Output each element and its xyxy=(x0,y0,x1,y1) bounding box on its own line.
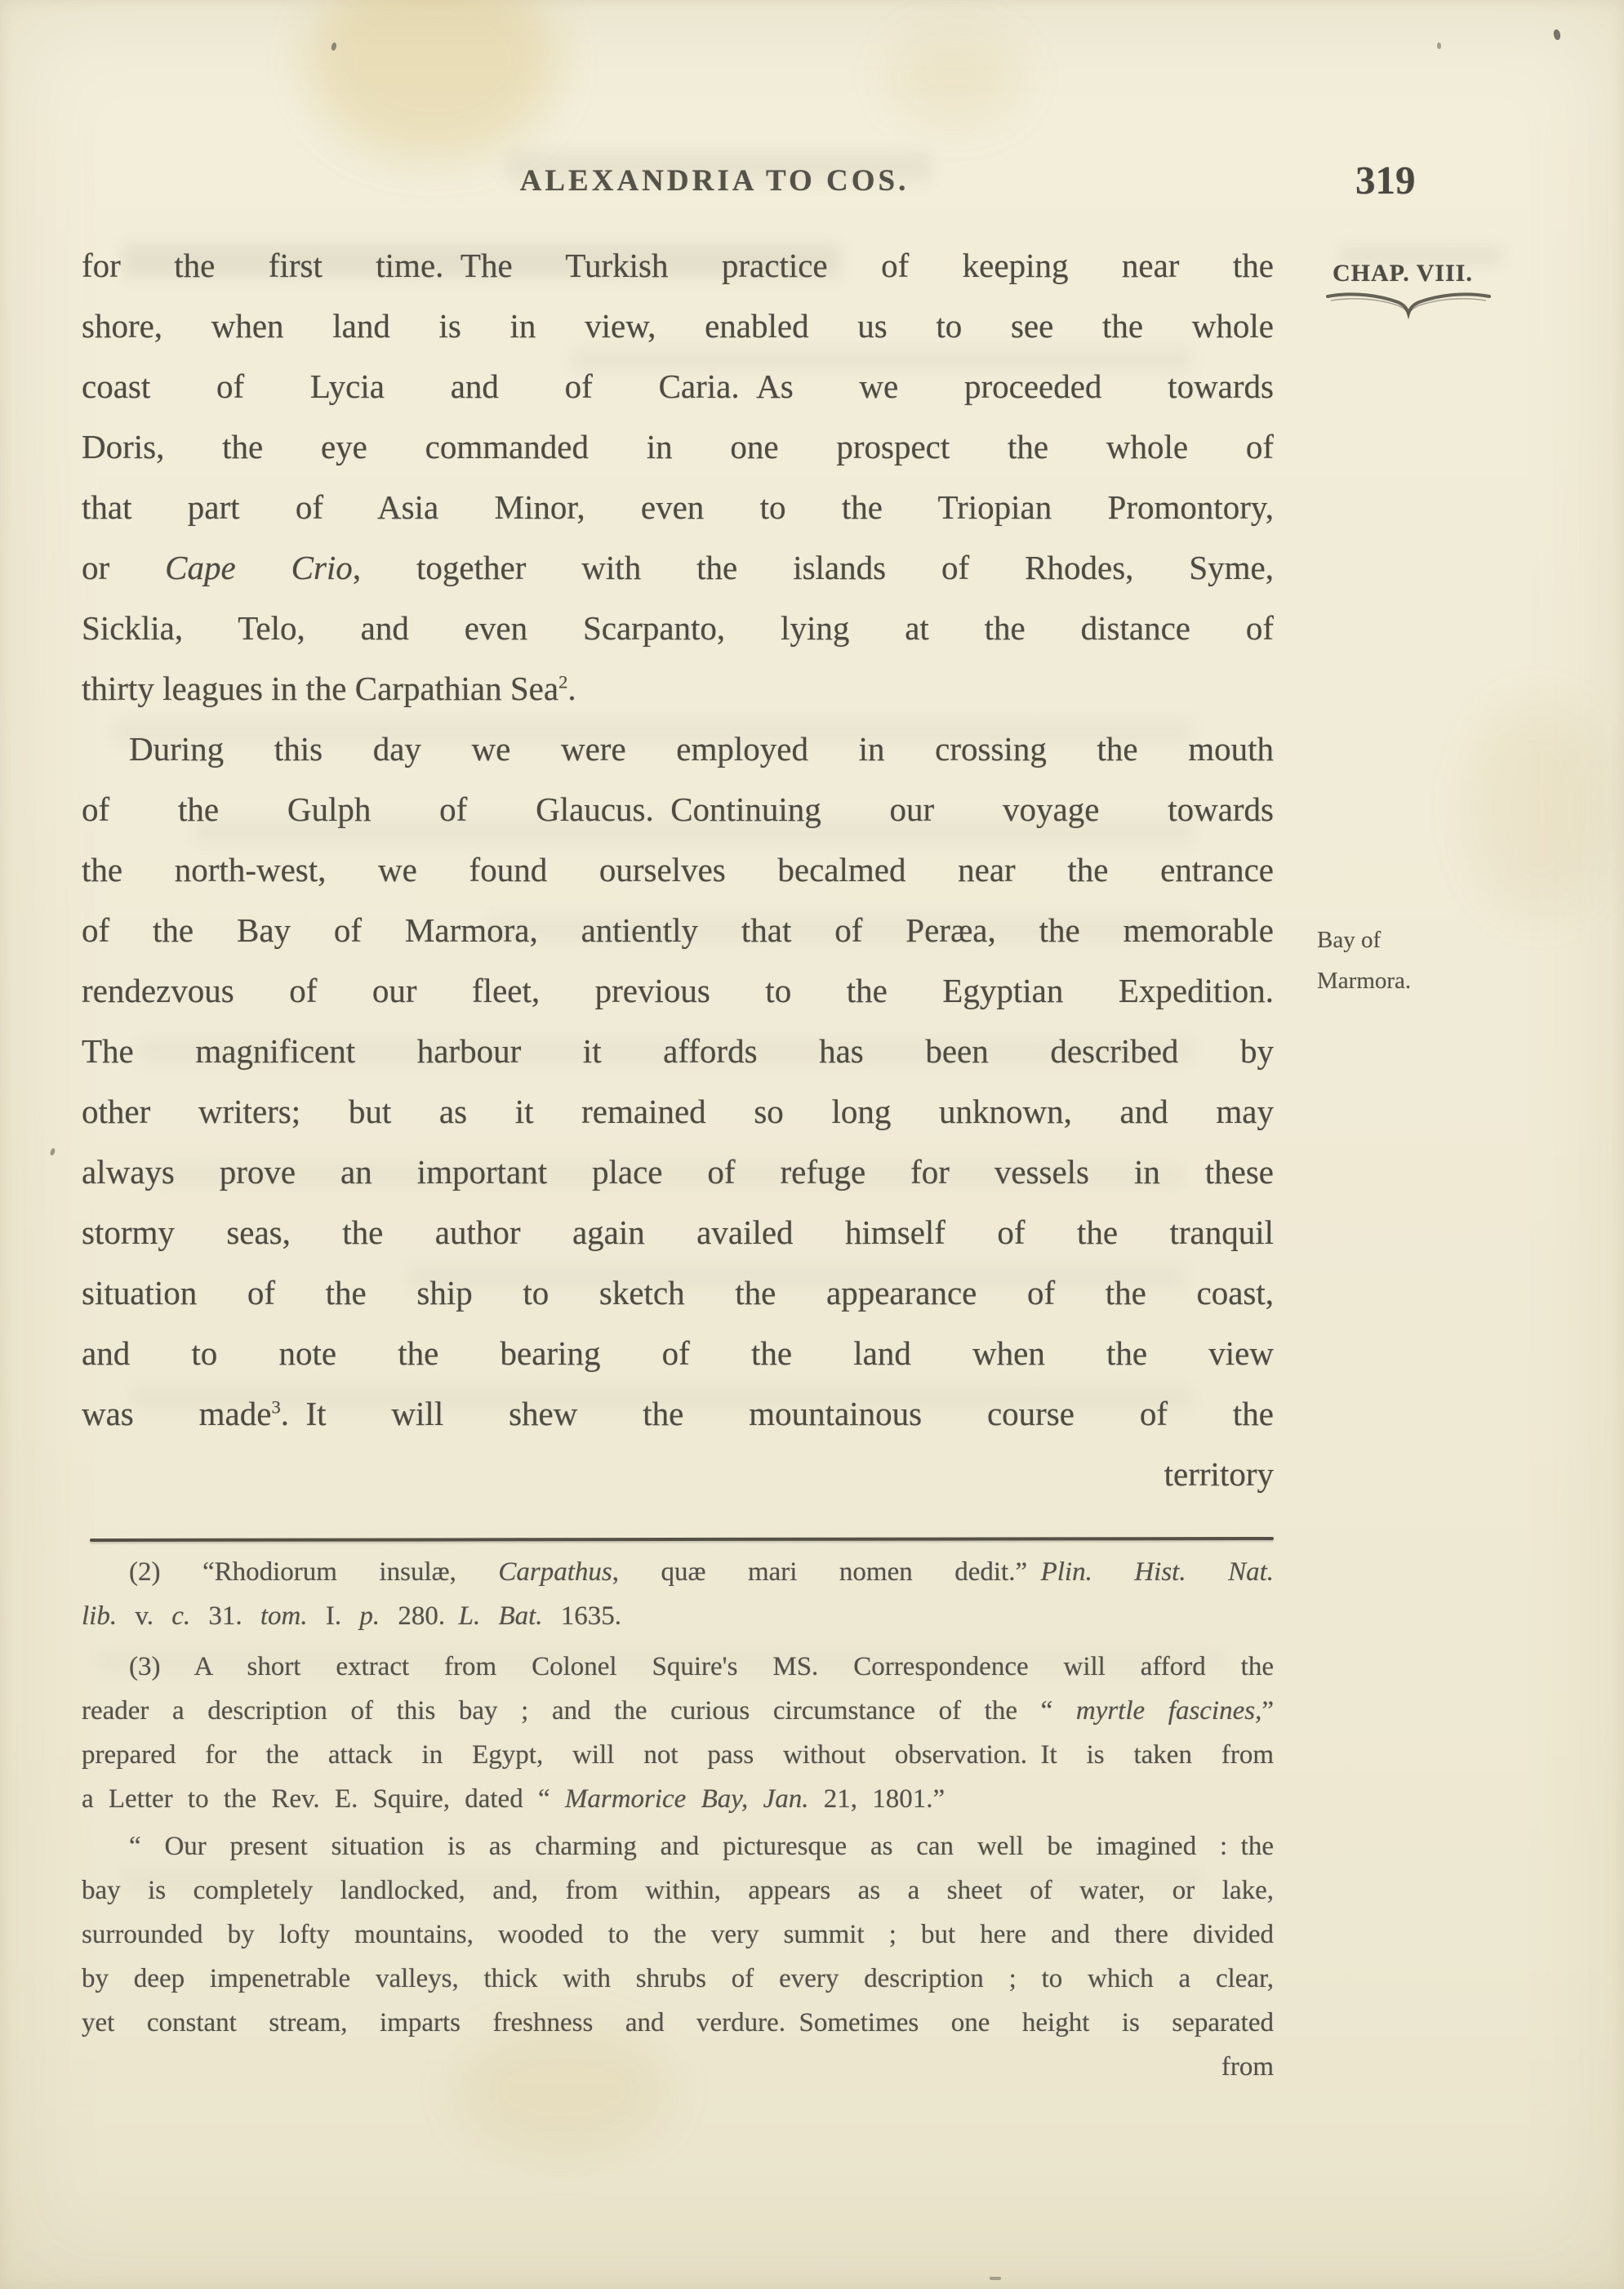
paper-stain xyxy=(310,0,555,155)
text-line: by deep impenetrable valleys, thick with… xyxy=(82,1957,1274,2001)
body-text: for the first time. The Turkish practice… xyxy=(82,235,1274,1504)
footnote-3: (3) A short extract from Colonel Squire'… xyxy=(82,1645,1274,1821)
topic-margin-note: Bay of Marmora. xyxy=(1317,920,1460,1001)
text-line: rendezvous of our fleet, previous to the… xyxy=(82,960,1274,1021)
text-line: (2) “Rhodiorum insulæ, Carpathus, quæ ma… xyxy=(82,1550,1274,1594)
text-line: a Letter to the Rev. E. Squire, dated “ … xyxy=(82,1777,1274,1821)
text-line: reader a description of this bay ; and t… xyxy=(82,1689,1274,1733)
scanned-page: ALEXANDRIA TO COS. 319 CHAP. VIII. Bay o… xyxy=(0,0,1624,2289)
text-line: thirty leagues in the Carpathian Sea2. xyxy=(82,658,1274,719)
text-line: was made3. It will shew the mountainous … xyxy=(82,1383,1274,1444)
underbrace-ornament-icon xyxy=(1323,289,1494,322)
paragraph: During this day we were employed in cros… xyxy=(82,719,1274,1444)
text-line: prepared for the attack in Egypt, will n… xyxy=(82,1733,1274,1777)
catchword: territory xyxy=(82,1444,1274,1504)
text-line: stormy seas, the author again availed hi… xyxy=(82,1202,1274,1263)
text-line: lib. v. c. 31. tom. I. p. 280. L. Bat. 1… xyxy=(82,1594,1274,1638)
chapter-margin-note: CHAP. VIII. xyxy=(1333,260,1473,287)
text-line: (3) A short extract from Colonel Squire'… xyxy=(82,1645,1274,1689)
footnote-rule xyxy=(90,1537,1274,1542)
text-line: of the Gulph of Glaucus. Continuing our … xyxy=(82,779,1274,839)
text-line: other writers; but as it remained so lon… xyxy=(82,1081,1274,1142)
text-line: and to note the bearing of the land when… xyxy=(82,1323,1274,1383)
paper-speck xyxy=(1553,29,1561,41)
text-line: shore, when land is in view, enabled us … xyxy=(82,296,1274,356)
text-line: The magnificent harbour it affords has b… xyxy=(82,1021,1274,1081)
footnote-quote-extract: “ Our present situation is as charming a… xyxy=(82,1824,1274,2045)
text-line: “ Our present situation is as charming a… xyxy=(82,1824,1274,1868)
paper-stain xyxy=(890,33,1021,122)
paragraph: for the first time. The Turkish practice… xyxy=(82,235,1274,719)
text-line: always prove an important place of refug… xyxy=(82,1142,1274,1202)
text-line: bay is completely landlocked, and, from … xyxy=(82,1868,1274,1913)
running-header: ALEXANDRIA TO COS. xyxy=(82,163,1274,198)
text-line: yet constant stream, imparts freshness a… xyxy=(82,2001,1274,2045)
footnotes: (2) “Rhodiorum insulæ, Carpathus, quæ ma… xyxy=(82,1550,1274,2089)
paper-speck xyxy=(331,42,337,51)
paper-speck xyxy=(1437,42,1441,49)
text-line: surrounded by lofty mountains, wooded to… xyxy=(82,1913,1274,1957)
text-line: of the Bay of Marmora, antiently that of… xyxy=(82,900,1274,960)
paper-speck xyxy=(50,1147,56,1156)
footnote-2: (2) “Rhodiorum insulæ, Carpathus, quæ ma… xyxy=(82,1550,1274,1638)
text-line: During this day we were employed in cros… xyxy=(82,719,1274,779)
text-line: Doris, the eye commanded in one prospect… xyxy=(82,416,1274,477)
catchword: from xyxy=(82,2045,1274,2089)
paper-speck xyxy=(990,2277,1001,2280)
text-line: or Cape Crio, together with the islands … xyxy=(82,537,1274,598)
text-line: the north-west, we found ourselves becal… xyxy=(82,839,1274,900)
paper-stain xyxy=(1470,702,1608,915)
text-line: coast of Lycia and of Caria. As we proce… xyxy=(82,356,1274,416)
text-line: for the first time. The Turkish practice… xyxy=(82,235,1274,296)
text-line: Sicklia, Telo, and even Scarpanto, lying… xyxy=(82,598,1274,658)
text-line: that part of Asia Minor, even to the Tri… xyxy=(82,477,1274,537)
page-number: 319 xyxy=(1355,157,1416,203)
text-line: situation of the ship to sketch the appe… xyxy=(82,1263,1274,1323)
